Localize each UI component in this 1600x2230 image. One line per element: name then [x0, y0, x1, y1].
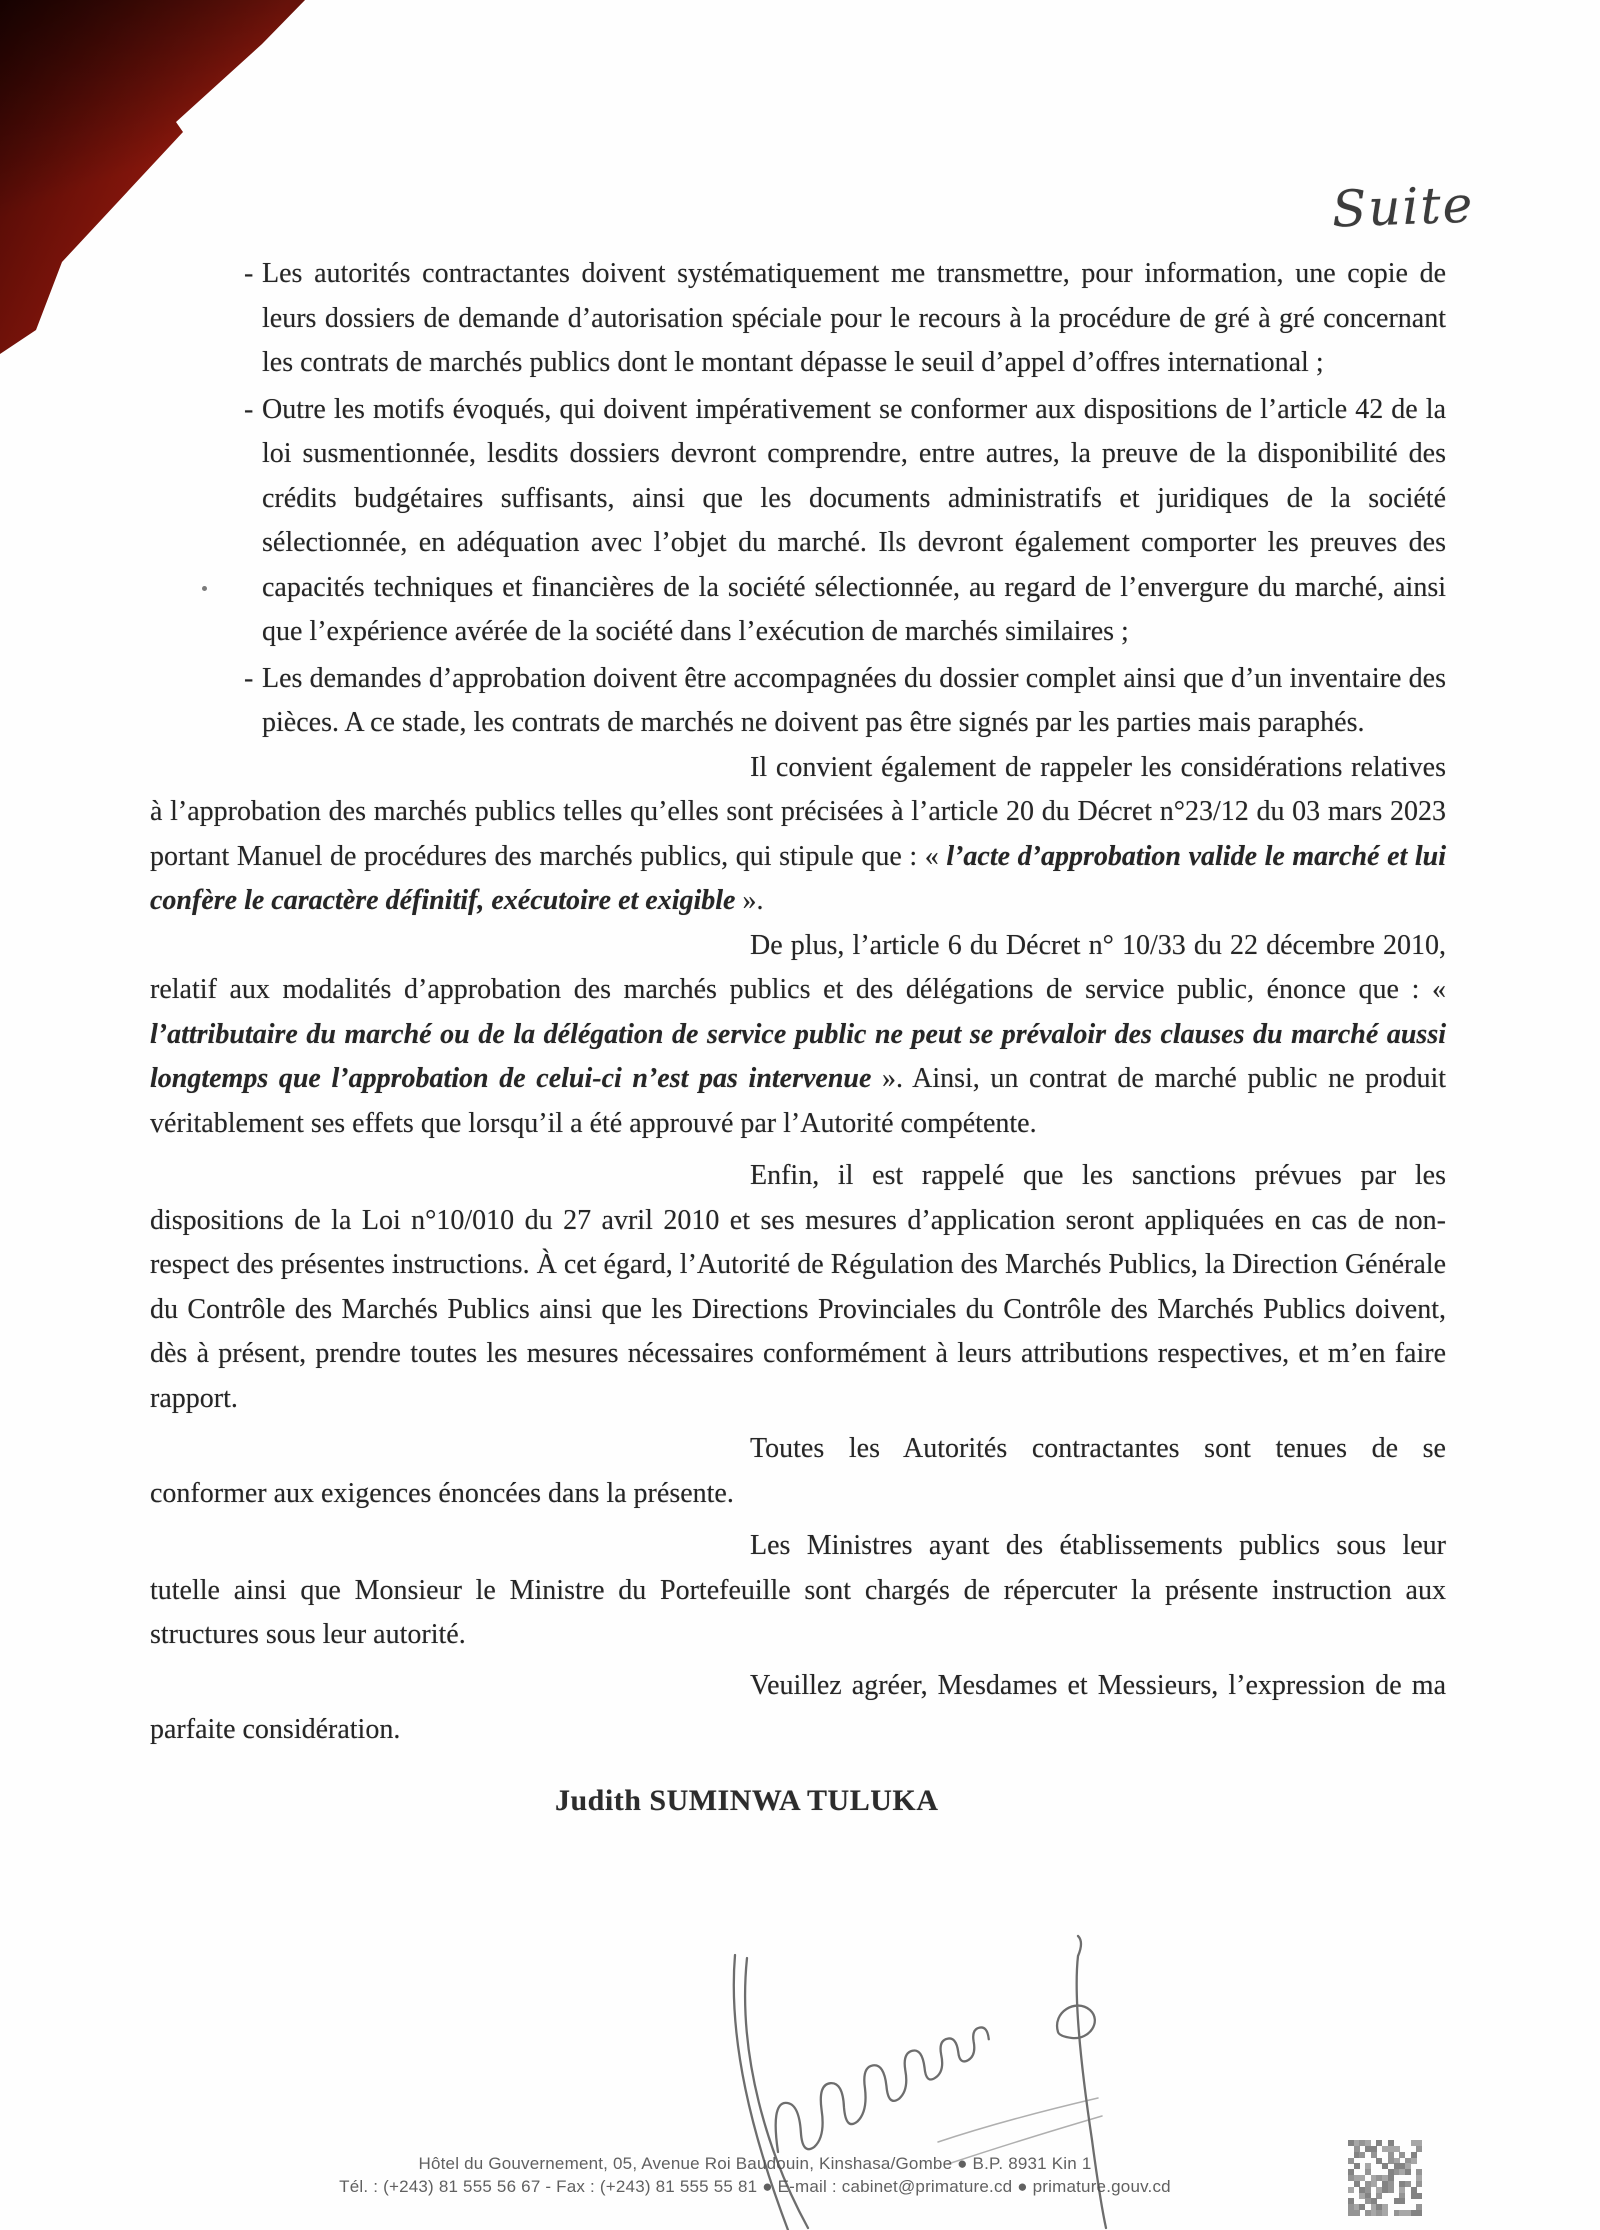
- paragraph-toutes: Toutes les Autorités contractantes sont …: [150, 1427, 1446, 1516]
- bullet-text: Les demandes d’approbation doivent être …: [262, 663, 1446, 739]
- letter-body: -Les autorités contractantes doivent sys…: [150, 252, 1446, 1823]
- bullet-marker: -: [244, 252, 253, 297]
- qr-cell: [1354, 2210, 1360, 2216]
- qr-cell: [1416, 2193, 1422, 2199]
- qr-cell: [1376, 2193, 1382, 2199]
- qr-cell: [1399, 2198, 1405, 2204]
- paragraph-enfin: Enfin, il est rappelé que les sanctions …: [150, 1154, 1446, 1421]
- paragraph-text: De plus, l’article 6 du Décret n° 10/33 …: [150, 930, 1446, 1006]
- bullet-text: Outre les motifs évoqués, qui doivent im…: [262, 394, 1446, 648]
- continuation-label: Suite: [1331, 176, 1475, 239]
- qr-cell: [1348, 2187, 1354, 2193]
- bullet-item-transmission: -Les autorités contractantes doivent sys…: [150, 252, 1446, 386]
- signatory-name: Judith SUMINWA TULUKA: [555, 1779, 1446, 1824]
- qr-cell: [1405, 2169, 1411, 2175]
- paragraph-text: ».: [735, 885, 763, 916]
- ink-dot-artifact: [202, 586, 207, 591]
- qr-cell: [1411, 2158, 1417, 2164]
- paragraph-ministres: Les Ministres ayant des établissements p…: [150, 1524, 1446, 1658]
- paragraph-formule-politesse: Veuillez agréer, Mesdames et Messieurs, …: [150, 1664, 1446, 1753]
- qr-cell: [1416, 2210, 1422, 2216]
- bullet-text: Les autorités contractantes doivent syst…: [262, 258, 1446, 378]
- paragraph-il-convient: Il convient également de rappeler les co…: [150, 746, 1446, 924]
- qr-cell: [1359, 2152, 1365, 2158]
- paragraph-de-plus: De plus, l’article 6 du Décret n° 10/33 …: [150, 924, 1446, 1147]
- bullet-item-motifs: -Outre les motifs évoqués, qui doivent i…: [150, 388, 1446, 655]
- qr-cell: [1388, 2187, 1394, 2193]
- qr-cell: [1382, 2210, 1388, 2216]
- signature-scribble: [640, 1920, 1140, 2230]
- qr-cell: [1416, 2146, 1422, 2152]
- bullet-marker: -: [244, 388, 253, 433]
- qr-code: [1348, 2140, 1422, 2216]
- bullet-item-approbation: -Les demandes d’approbation doivent être…: [150, 657, 1446, 746]
- scanned-letter-page: Suite -Les autorités contractantes doive…: [0, 0, 1600, 2230]
- qr-cell: [1354, 2163, 1360, 2169]
- qr-cell: [1416, 2181, 1422, 2187]
- bullet-marker: -: [244, 657, 253, 702]
